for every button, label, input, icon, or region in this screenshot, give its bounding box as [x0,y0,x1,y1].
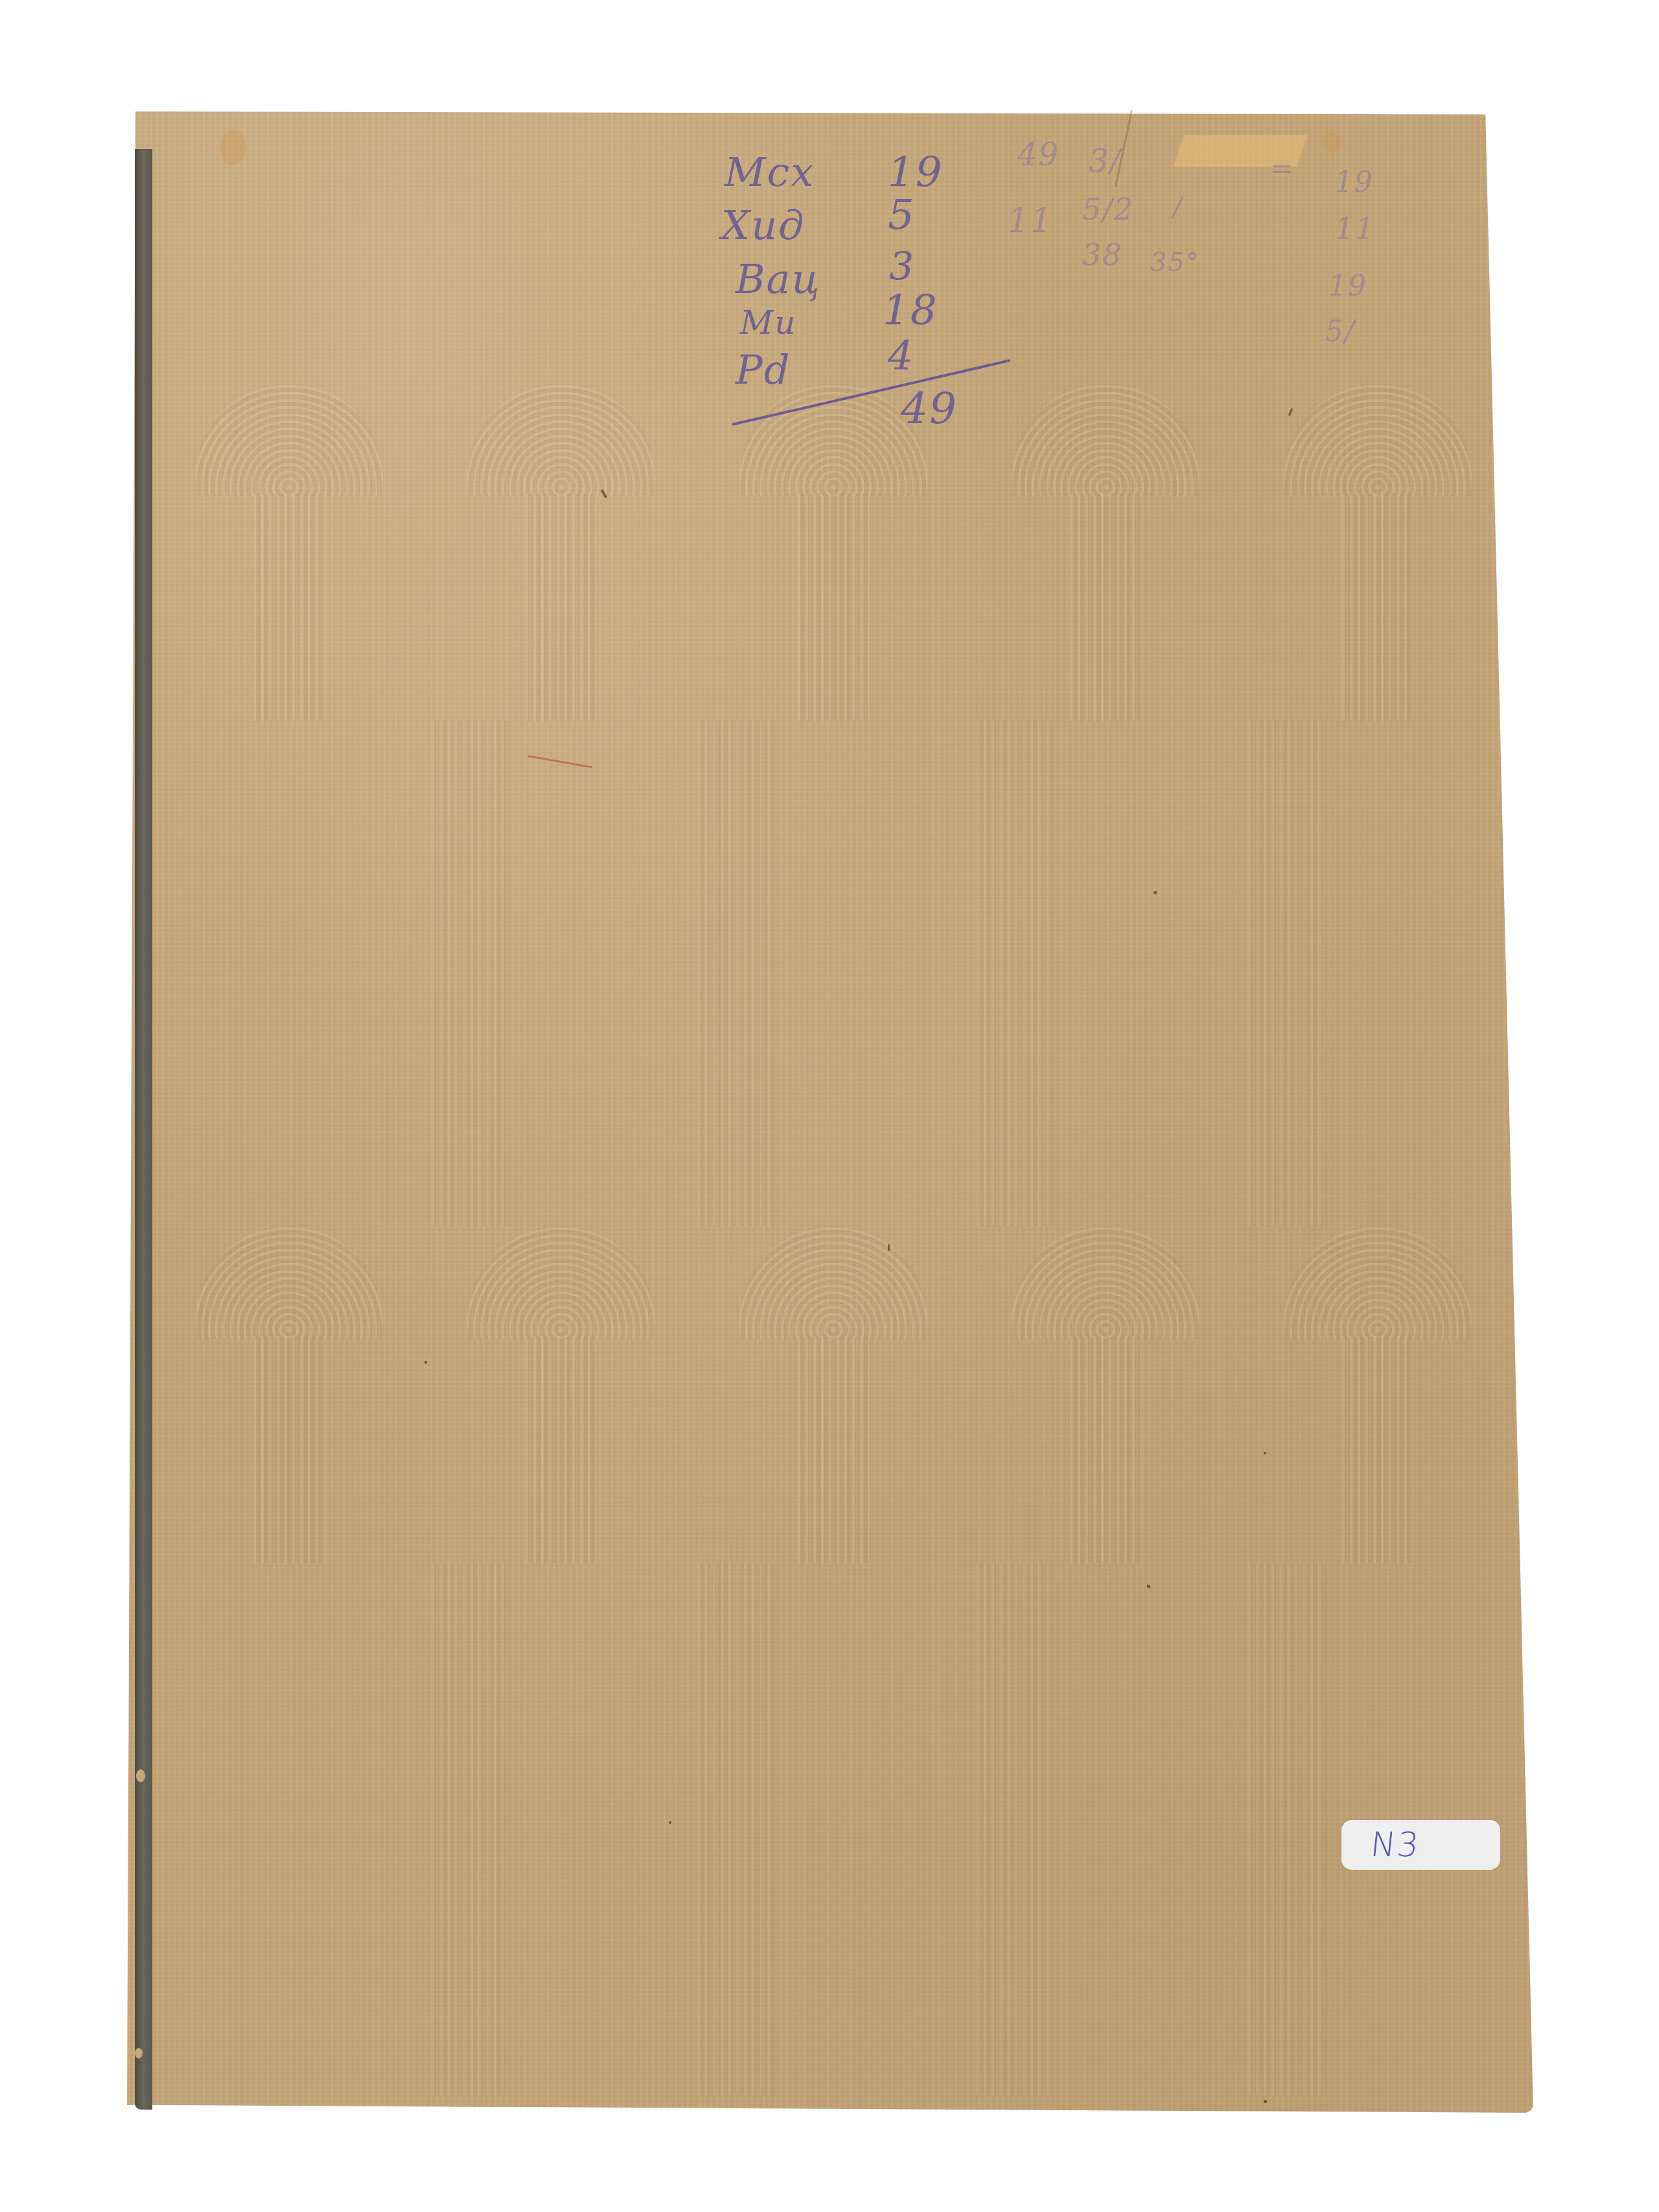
emboss-column [697,1563,775,2095]
faint-note: / [1173,194,1183,220]
emboss-arch [999,1226,1212,1563]
emboss-column [697,721,775,1226]
emboss-pattern-bottom [153,1226,1514,1563]
fiber-fleck [1264,1452,1266,1454]
pencil-note-label-5: Рd [736,350,791,390]
pencil-note-value-2: 5 [888,194,916,236]
pencil-note-value-5: 4 [888,336,914,376]
emboss-arch [454,1226,668,1563]
emboss-arch [726,1226,940,1563]
emboss-column [1248,721,1326,1226]
pencil-note-total: 49 [901,388,958,430]
faint-note: 3/ [1089,146,1122,177]
faint-note: 35° [1150,250,1200,275]
faint-note: 19 [1328,272,1367,301]
emboss-column [976,721,1054,1226]
fiber-fleck [888,1244,890,1251]
emboss-column [432,1563,509,2095]
pencil-note-label-3: Вац [736,259,821,299]
fiber-fleck [424,1361,427,1364]
faint-note: 38 [1082,240,1123,270]
pencil-note-label-1: Мсх [725,152,815,192]
binding-spine [135,149,152,2110]
faint-note: 5/2 [1082,194,1134,224]
cardboard-backing [127,111,1533,2113]
spine-wear [135,2048,143,2058]
faint-note: 49 [1017,139,1060,170]
emboss-arch [1271,1226,1485,1563]
emboss-arch [726,384,940,721]
emboss-arch [182,1226,396,1563]
pencil-note-label-4: Ми [740,307,796,339]
emboss-column [1248,1563,1326,2095]
fiber-fleck [1264,2100,1267,2103]
faint-note: 11 [1008,204,1053,238]
emboss-column [976,1563,1054,2095]
emboss-arch [1271,384,1485,721]
fiber-fleck [1147,1585,1150,1588]
pencil-note-value-4: 18 [883,290,938,332]
faint-note: = [1270,156,1294,183]
faint-note: 11 [1335,214,1376,244]
faint-note: 5/ [1325,318,1356,346]
pencil-note-value-1: 19 [888,152,943,194]
inventory-label-text: N3 [1368,1826,1421,1865]
pencil-note-label-2: Хид [721,205,805,246]
stain [220,130,246,165]
faint-note: 19 [1335,169,1374,197]
inventory-label: N3 [1341,1820,1500,1870]
emboss-arch [999,384,1212,721]
emboss-column [432,721,509,1226]
emboss-pattern-top [153,384,1514,721]
fiber-fleck [1154,891,1157,894]
fiber-fleck [669,1821,671,1824]
emboss-arch [454,384,668,721]
stain [1322,133,1341,152]
emboss-arch [182,384,396,721]
spine-wear [136,1769,145,1782]
pencil-note-value-3: 3 [889,248,915,286]
